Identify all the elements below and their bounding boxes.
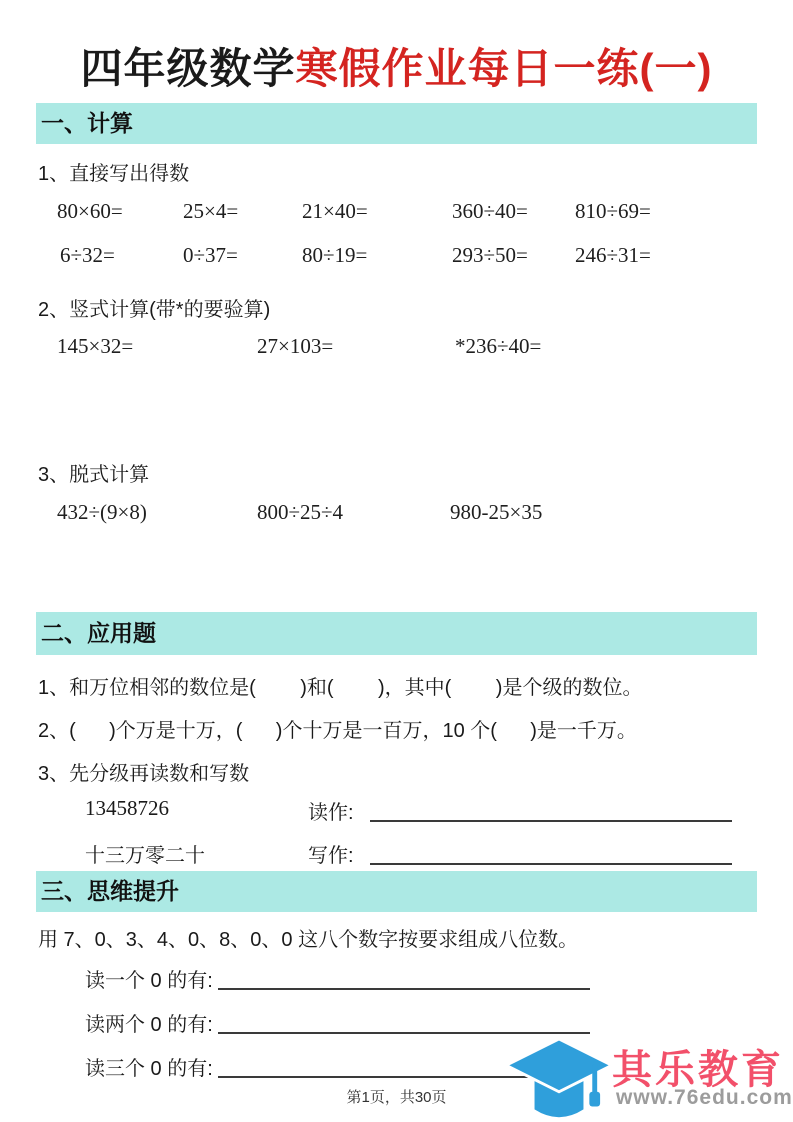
- title-black-part: 四年级数学: [81, 45, 296, 92]
- thinking-line-1-label: 读一个 0 的有:: [85, 964, 213, 993]
- equation: 6÷32=: [60, 243, 115, 268]
- equation-row-4: 432÷(9×8) 800÷25÷4 980-25×35: [0, 500, 793, 530]
- equation: *236÷40=: [455, 334, 541, 359]
- write-number-row: 十三万零二十 写作:: [0, 839, 793, 871]
- equation: 360÷40=: [452, 199, 528, 224]
- equation: 80×60=: [57, 199, 123, 224]
- number-to-write: 十三万零二十: [85, 839, 205, 868]
- thinking-line-1: 读一个 0 的有:: [0, 964, 793, 996]
- read-prompt: 读作:: [308, 796, 354, 825]
- worksheet-page: 四年级数学寒假作业每日一练(一) 一、计算 1、直接写出得数 80×60= 25…: [0, 0, 793, 1122]
- brand-website: www.76edu.com: [616, 1086, 793, 1110]
- applied-question-3-label: 3、先分级再读数和写数: [38, 757, 249, 786]
- equation: 246÷31=: [575, 243, 651, 268]
- q1-label: 1、直接写出得数: [38, 157, 189, 186]
- number-to-read: 13458726: [85, 796, 169, 821]
- title-red-part: 寒假作业每日一练(一): [296, 45, 713, 92]
- equation: 21×40=: [302, 199, 368, 224]
- equation-row-3: 145×32= 27×103= *236÷40=: [0, 334, 793, 364]
- thinking-line-3-label: 读三个 0 的有:: [85, 1052, 213, 1081]
- equation: 0÷37=: [183, 243, 238, 268]
- applied-question-2: 2、( )个万是十万，( )个十万是一百万，10 个( )是一千万。: [38, 714, 758, 743]
- equation: 145×32=: [57, 334, 133, 359]
- read-number-row: 13458726 读作:: [0, 796, 793, 828]
- equation: 25×4=: [183, 199, 238, 224]
- brand-logo: 其乐教育 www.76edu.com: [492, 1030, 793, 1122]
- graduation-cap-icon: [500, 1035, 618, 1122]
- answer-blank-line: [218, 988, 590, 990]
- equation: 432÷(9×8): [57, 500, 147, 525]
- q3-label: 3、脱式计算: [38, 458, 149, 487]
- thinking-intro: 用 7、0、3、4、0、8、0、0 这八个数字按要求组成八位数。: [38, 923, 578, 952]
- section-header-thinking: 三、思维提升: [36, 871, 757, 912]
- section-header-calc: 一、计算: [36, 103, 757, 144]
- equation: 293÷50=: [452, 243, 528, 268]
- page-title: 四年级数学寒假作业每日一练(一): [0, 36, 793, 96]
- section-header-applied: 二、应用题: [36, 612, 757, 655]
- answer-blank-line: [370, 820, 732, 822]
- q2-label: 2、竖式计算(带*的要验算): [38, 293, 270, 322]
- equation-row-2: 6÷32= 0÷37= 80÷19= 293÷50= 246÷31=: [0, 243, 793, 273]
- applied-question-1: 1、和万位相邻的数位是( )和( )，其中( )是个级的数位。: [38, 671, 758, 700]
- equation-row-1: 80×60= 25×4= 21×40= 360÷40= 810÷69=: [0, 199, 793, 229]
- answer-blank-line: [370, 863, 732, 865]
- equation: 980-25×35: [450, 500, 542, 525]
- thinking-line-2-label: 读两个 0 的有:: [85, 1008, 213, 1037]
- write-prompt: 写作:: [308, 839, 354, 868]
- equation: 800÷25÷4: [257, 500, 343, 525]
- equation: 27×103=: [257, 334, 333, 359]
- equation: 80÷19=: [302, 243, 367, 268]
- equation: 810÷69=: [575, 199, 651, 224]
